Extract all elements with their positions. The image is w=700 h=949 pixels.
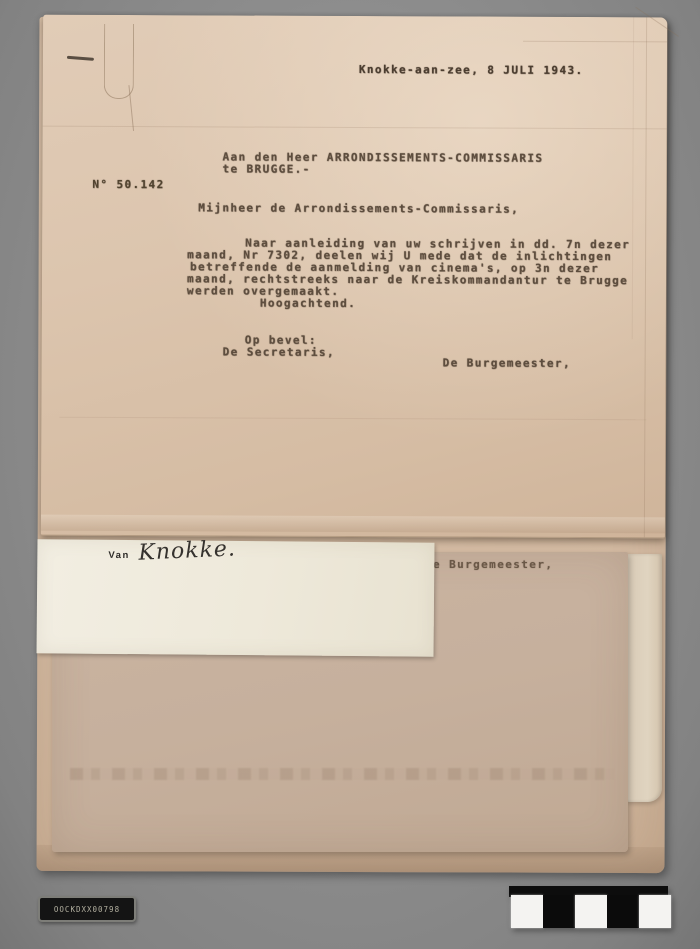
second-sheet-signature-right: De Burgemeester, — [425, 558, 553, 571]
scale-bar-square-black — [607, 895, 639, 928]
scale-bar-square-black — [543, 895, 575, 928]
label-handwritten-text: Knokke. — [138, 536, 237, 565]
letter-signature-left: De Secretaris, — [223, 345, 335, 358]
letter-closing: Hoogachtend. — [260, 297, 356, 310]
crease-line — [43, 126, 667, 130]
letter-recipient-line2: te BRUGGE.- — [222, 162, 310, 175]
under-sheet-edge — [626, 554, 662, 802]
scale-bar-square-white — [511, 895, 543, 928]
corner-fold-crease — [635, 7, 679, 37]
letter-sheet: Knokke-aan-zee, 8 JULI 1943. Aan den Hee… — [41, 15, 667, 539]
inventory-number-tag: OOCKDXX00798 — [38, 896, 136, 922]
letter-reference-number: N° 50.142 — [92, 178, 164, 191]
crease-line — [644, 17, 647, 537]
letter-dateline: Knokke-aan-zee, 8 JULI 1943. — [359, 63, 584, 77]
scale-bar-square-white — [639, 895, 671, 928]
inventory-number-text: OOCKDXX00798 — [54, 905, 120, 914]
pasted-label: Van Knokke. — [37, 539, 435, 656]
crease-line — [523, 41, 667, 43]
letter-signature-right: De Burgemeester, — [443, 356, 571, 370]
crease-line — [632, 17, 634, 339]
scale-bar-square-white — [575, 895, 607, 928]
ink-bleedthrough-strip — [70, 768, 615, 780]
photo-background: De Burgemeester, Knokke-aan-zee, 8 JULI … — [0, 0, 700, 949]
crease-line — [59, 417, 646, 421]
letter-salutation: Mijnheer de Arrondissements-Commissaris, — [198, 201, 519, 215]
fold-band — [41, 515, 665, 534]
pen-mark — [67, 56, 94, 61]
photo-scale-bar — [507, 886, 685, 931]
label-printed-prefix: Van — [108, 550, 130, 561]
